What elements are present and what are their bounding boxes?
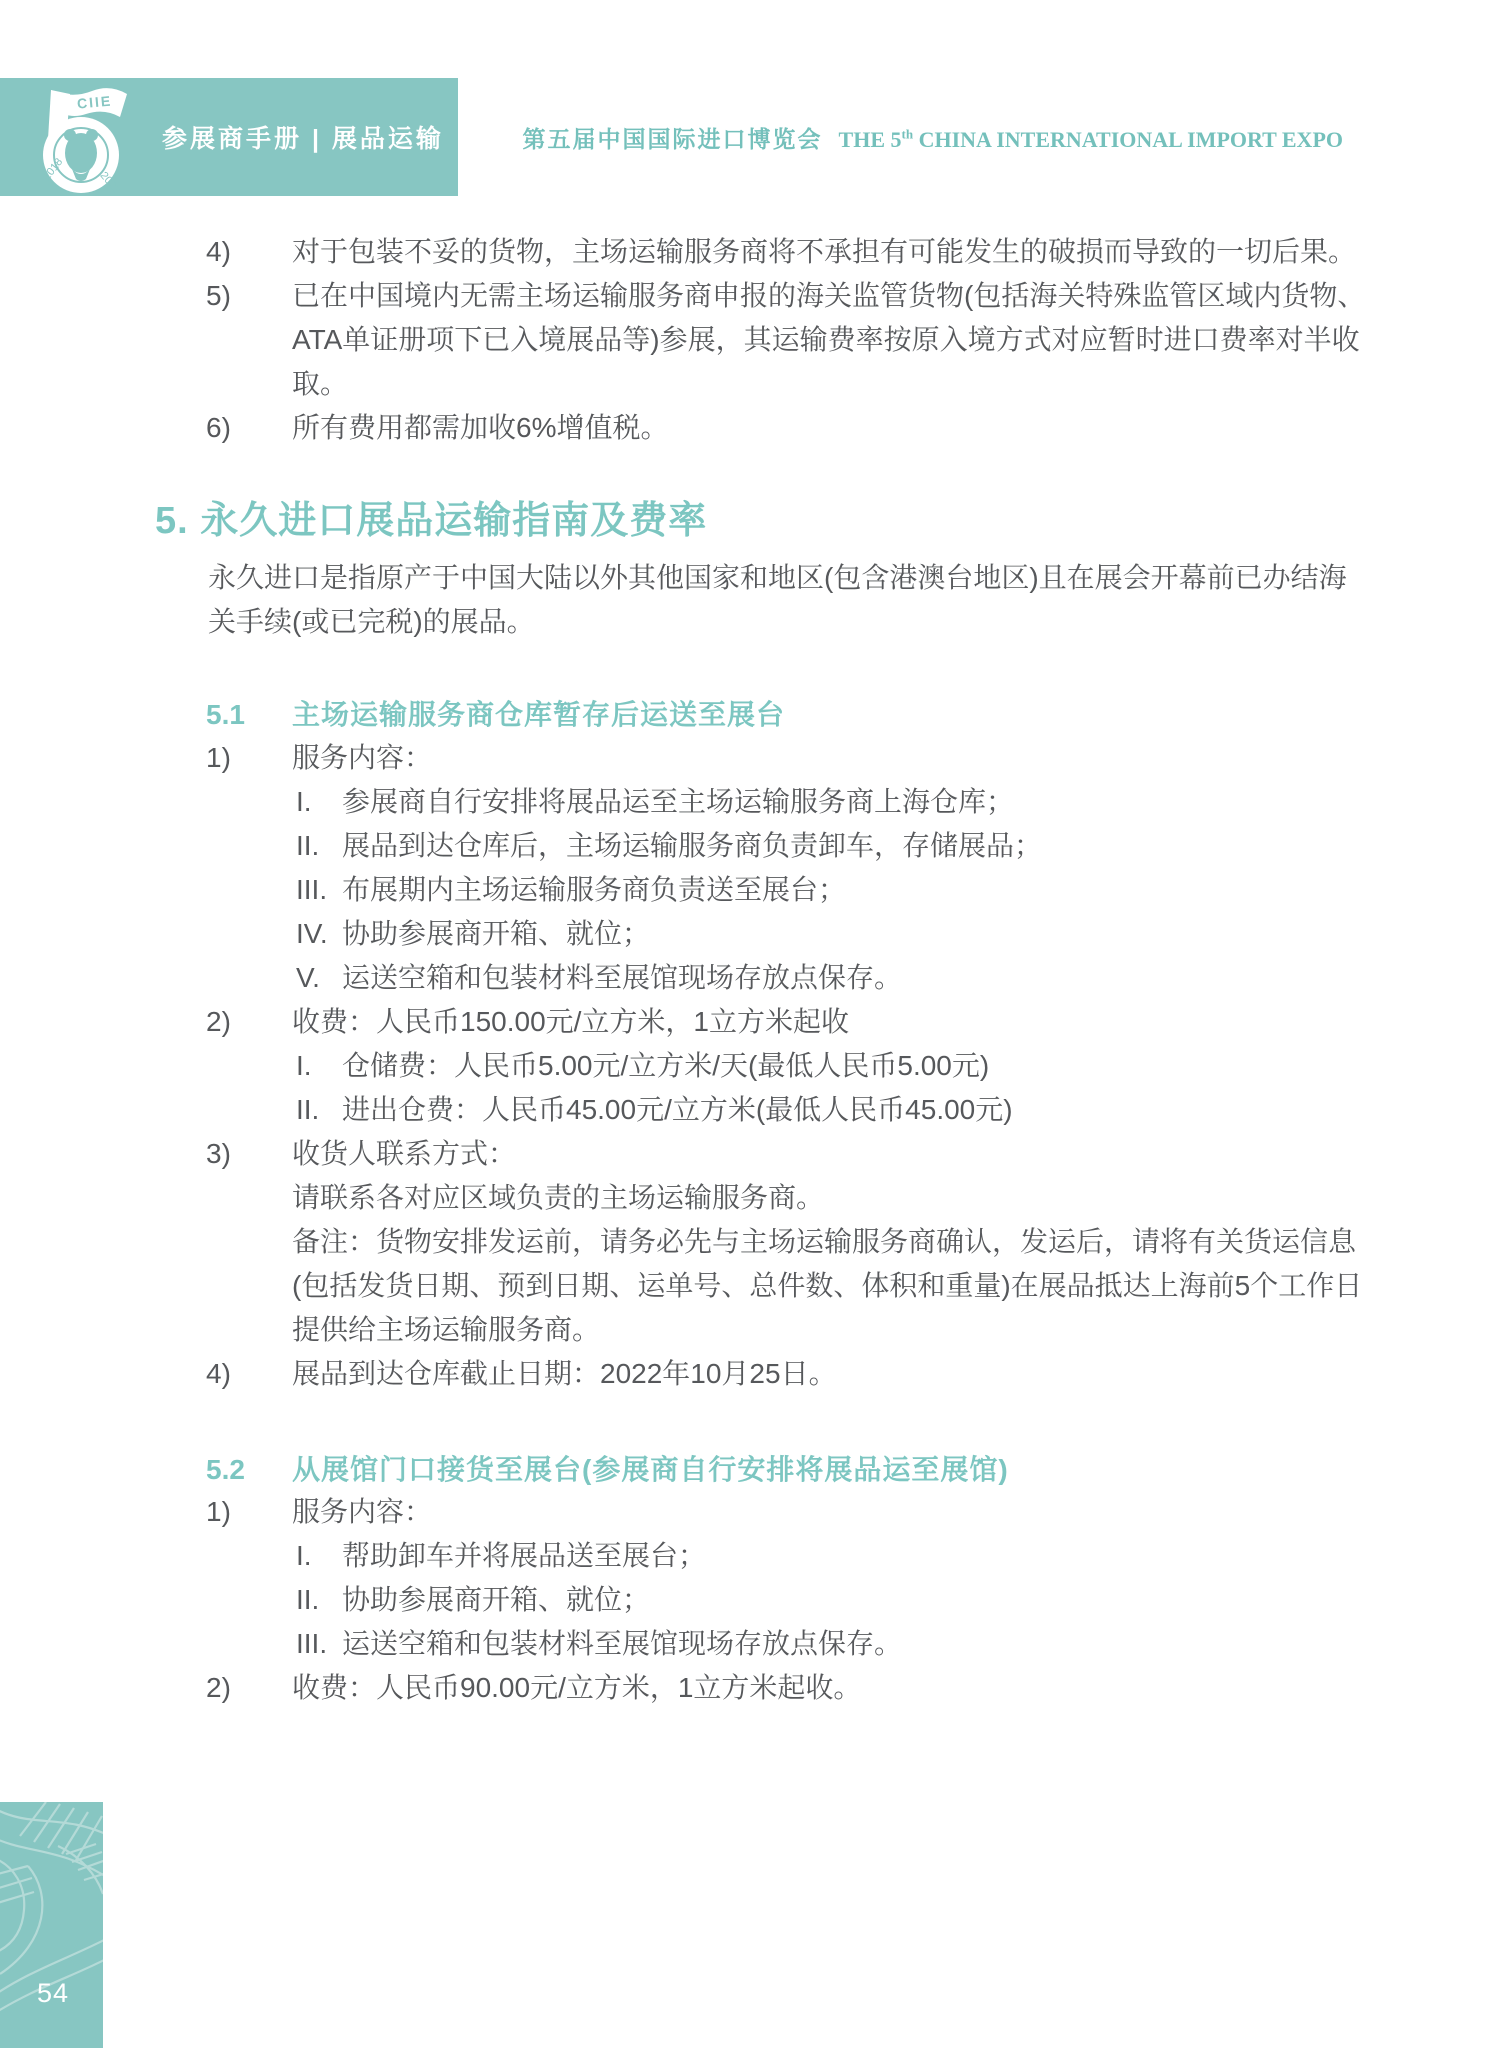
section-5-2-list: 1) 服务内容： I. 帮助卸车并将展品送至展台； II. 协助参展商开箱、就位… (206, 1490, 1377, 1710)
item-text: 协助参展商开箱、就位； (342, 1584, 650, 1615)
item-number: 1) (206, 1490, 231, 1534)
item-number: I. (296, 1534, 312, 1578)
item-number: II. (296, 1578, 319, 1622)
section-5-2-heading: 5.2 从展馆门口接货至展台(参展商自行安排将展品运至展馆) (206, 1448, 1377, 1492)
list-subitem: I. 仓储费：人民币5.00元/立方米/天(最低人民币5.00元) (206, 1044, 1377, 1088)
list-item: 2) 收费：人民币150.00元/立方米，1立方米起收 (206, 1000, 1377, 1044)
item-text: 展品到达仓库截止日期：2022年10月25日。 (292, 1358, 837, 1389)
list-item: 6) 所有费用都需加收6%增值税。 (206, 406, 1377, 450)
intro-list: 4) 对于包装不妥的货物，主场运输服务商将不承担有可能发生的破损而导致的一切后果… (206, 230, 1377, 450)
item-number: 4) (206, 230, 231, 274)
item-text: 运送空箱和包装材料至展馆现场存放点保存。 (342, 962, 902, 993)
list-item: 2) 收费：人民币90.00元/立方米，1立方米起收。 (206, 1666, 1377, 1710)
list-subitem: IV. 协助参展商开箱、就位； (206, 912, 1377, 956)
item-number: 2) (206, 1666, 231, 1710)
list-subitem: II. 协助参展商开箱、就位； (206, 1578, 1377, 1622)
item-number: 1) (206, 736, 231, 780)
heading-text: 主场运输服务商仓库暂存后运送至展台 (206, 693, 1377, 737)
logo-word: CIIE (76, 93, 112, 112)
list-note: 备注：货物安排发运前，请务必先与主场运输服务商确认，发运后，请将有关货运信息(包… (206, 1220, 1377, 1352)
item-text: 参展商自行安排将展品运至主场运输服务商上海仓库； (342, 786, 1014, 817)
item-number: II. (296, 1088, 319, 1132)
list-item: 4) 对于包装不妥的货物，主场运输服务商将不承担有可能发生的破损而导致的一切后果… (206, 230, 1377, 274)
item-text: 协助参展商开箱、就位； (342, 918, 650, 949)
expo-title-en-pre: THE 5 (839, 127, 902, 152)
item-text: 服务内容： (292, 742, 432, 773)
list-subitem: II. 展品到达仓库后，主场运输服务商负责卸车，存储展品； (206, 824, 1377, 868)
list-continuation: 请联系各对应区域负责的主场运输服务商。 (206, 1176, 1377, 1220)
page-number: 54 (37, 1978, 69, 2009)
item-number: III. (296, 1622, 327, 1666)
expo-title-en-post: CHINA INTERNATIONAL IMPORT EXPO (913, 127, 1343, 152)
item-number: I. (296, 1044, 312, 1088)
item-text: 展品到达仓库后，主场运输服务商负责卸车，存储展品； (342, 830, 1042, 861)
item-text: 备注：货物安排发运前，请务必先与主场运输服务商确认，发运后，请将有关货运信息(包… (292, 1226, 1362, 1345)
item-number: 2) (206, 1000, 231, 1044)
list-subitem: I. 帮助卸车并将展品送至展台； (206, 1534, 1377, 1578)
item-text: 对于包装不妥的货物，主场运输服务商将不承担有可能发生的破损而导致的一切后果。 (292, 236, 1356, 267)
item-number: 4) (206, 1352, 231, 1396)
list-subitem: III. 布展期内主场运输服务商负责送至展台； (206, 868, 1377, 912)
item-text: 帮助卸车并将展品送至展台； (342, 1540, 706, 1571)
heading-number: 5.1 (206, 693, 245, 737)
item-number: 6) (206, 406, 231, 450)
expo-header-title: 第五届中国国际进口博览会THE 5th CHINA INTERNATIONAL … (523, 121, 1343, 154)
document-page: CIIE 2018 2022 参展商手册 | 展品运输 第五届中国国际进口博览会… (0, 0, 1497, 2048)
item-text: 请联系各对应区域负责的主场运输服务商。 (292, 1182, 824, 1213)
footer-teal-block (0, 1802, 103, 2048)
ciie-5-logo-icon: CIIE 2018 2022 (24, 81, 134, 195)
item-text: 布展期内主场运输服务商负责送至展台； (342, 874, 846, 905)
item-number: 5) (206, 274, 231, 318)
item-text: 收费：人民币150.00元/立方米，1立方米起收 (292, 1006, 849, 1037)
item-number: II. (296, 824, 319, 868)
list-item: 3) 收货人联系方式： (206, 1132, 1377, 1176)
list-subitem: II. 进出仓费：人民币45.00元/立方米(最低人民币45.00元) (206, 1088, 1377, 1132)
list-subitem: III. 运送空箱和包装材料至展馆现场存放点保存。 (206, 1622, 1377, 1666)
list-item: 1) 服务内容： (206, 1490, 1377, 1534)
leaf-pattern-icon (0, 1802, 103, 2048)
expo-title-zh: 第五届中国国际进口博览会 (523, 127, 823, 152)
item-text: 收货人联系方式： (292, 1138, 516, 1169)
item-text: 已在中国境内无需主场运输服务商申报的海关监管货物(包括海关特殊监管区域内货物、A… (292, 280, 1365, 399)
item-number: 3) (206, 1132, 231, 1176)
item-text: 收费：人民币90.00元/立方米，1立方米起收。 (292, 1672, 861, 1703)
item-text: 运送空箱和包装材料至展馆现场存放点保存。 (342, 1628, 902, 1659)
expo-title-en-sup: th (902, 127, 914, 142)
section-5-1-list: 1) 服务内容： I. 参展商自行安排将展品运至主场运输服务商上海仓库； II.… (206, 736, 1377, 1396)
heading-text: 从展馆门口接货至展台(参展商自行安排将展品运至展馆) (206, 1448, 1377, 1492)
section-5-1-heading: 5.1 主场运输服务商仓库暂存后运送至展台 (206, 693, 1377, 737)
item-text: 所有费用都需加收6%增值税。 (292, 412, 668, 443)
heading-number: 5.2 (206, 1448, 245, 1492)
item-text: 仓储费：人民币5.00元/立方米/天(最低人民币5.00元) (342, 1050, 989, 1081)
item-number: I. (296, 780, 312, 824)
list-item: 5) 已在中国境内无需主场运输服务商申报的海关监管货物(包括海关特殊监管区域内货… (206, 274, 1377, 406)
item-text: 进出仓费：人民币45.00元/立方米(最低人民币45.00元) (342, 1094, 1013, 1125)
header-teal-bar: CIIE 2018 2022 参展商手册 | 展品运输 (0, 78, 458, 196)
item-number: IV. (296, 912, 328, 956)
list-item: 4) 展品到达仓库截止日期：2022年10月25日。 (206, 1352, 1377, 1396)
manual-chapter-title: 参展商手册 | 展品运输 (162, 78, 444, 196)
section-5-intro: 永久进口是指原产于中国大陆以外其他国家和地区(包含港澳台地区)且在展会开幕前已办… (208, 556, 1368, 644)
list-subitem: I. 参展商自行安排将展品运至主场运输服务商上海仓库； (206, 780, 1377, 824)
item-text: 服务内容： (292, 1496, 432, 1527)
item-number: V. (296, 956, 320, 1000)
item-number: III. (296, 868, 327, 912)
list-subitem: V. 运送空箱和包装材料至展馆现场存放点保存。 (206, 956, 1377, 1000)
section-5-title: 5. 永久进口展品运输指南及费率 (155, 499, 707, 543)
list-item: 1) 服务内容： (206, 736, 1377, 780)
